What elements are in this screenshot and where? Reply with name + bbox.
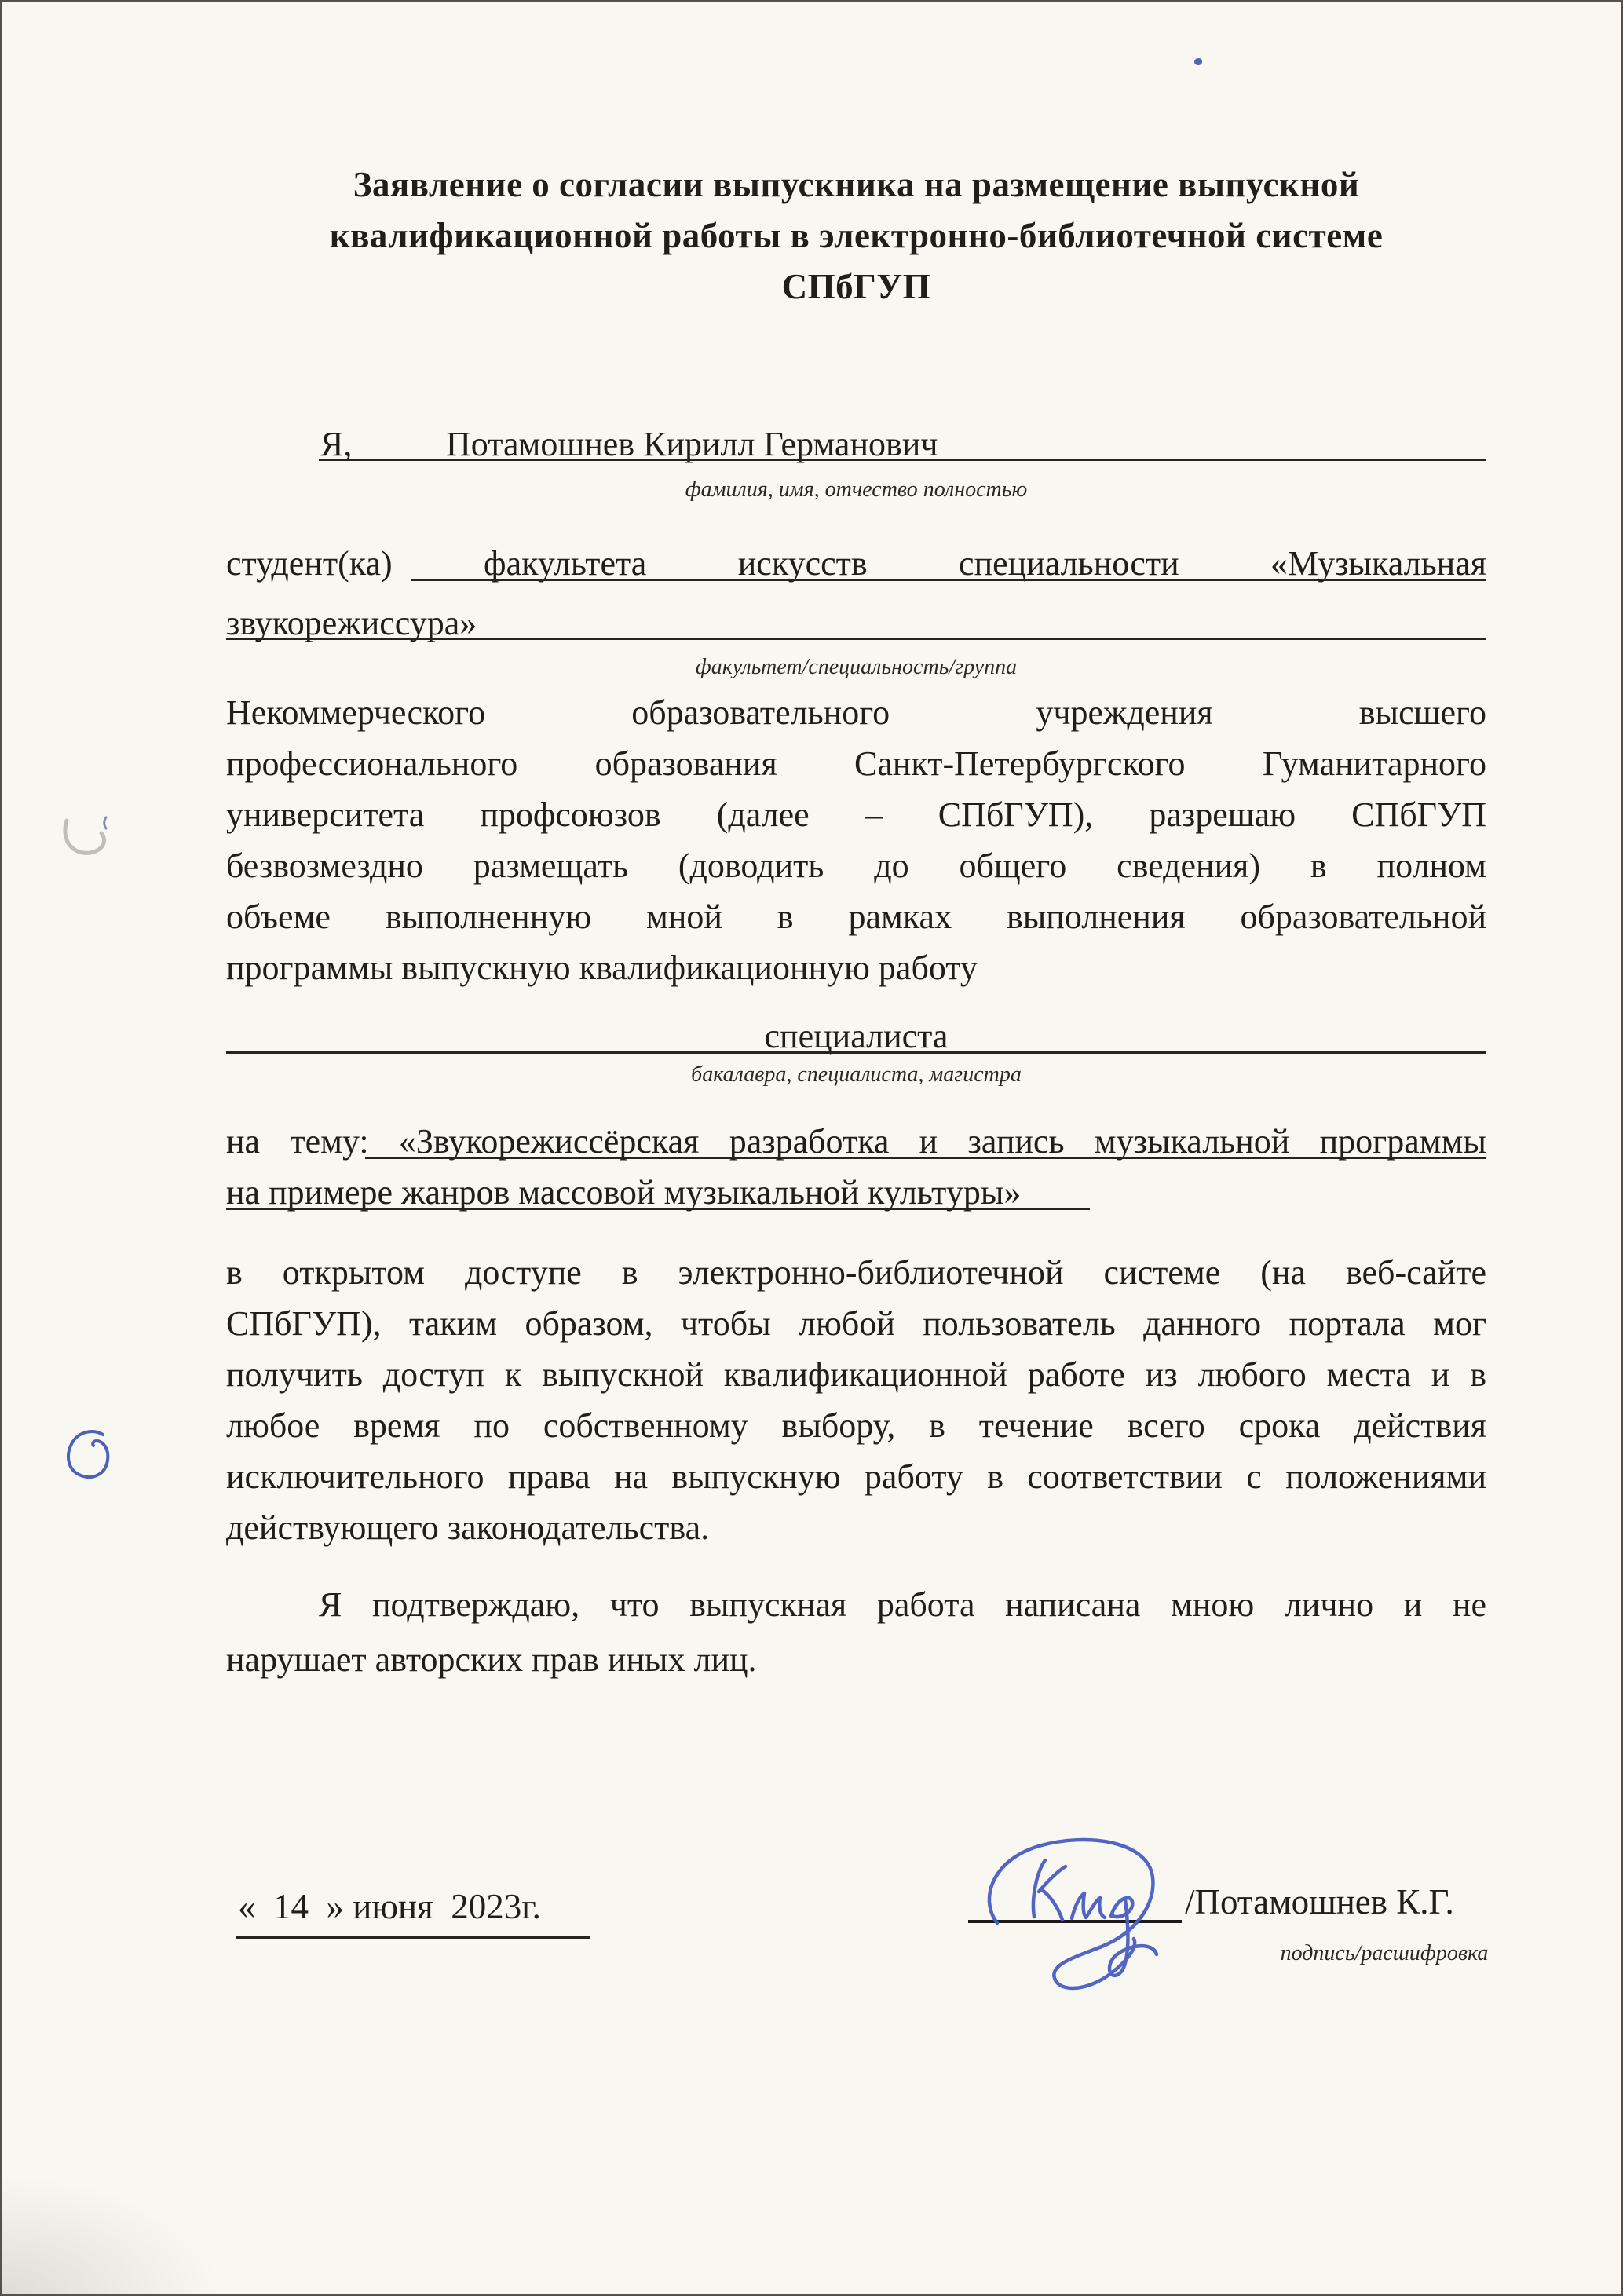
access-line: СПбГУП), таким образом, чтобы любой поль… (226, 1304, 1486, 1344)
access-line: в открытом доступе в электронно-библиоте… (226, 1253, 1486, 1293)
consent-line: профессионального образования Санкт-Пете… (226, 744, 1486, 784)
title-line-3: СПбГУП (226, 268, 1486, 307)
title-line-1: Заявление о согласии выпускника на разме… (226, 166, 1486, 205)
topic-line-2: на примере жанров массовой музыкальной к… (226, 1173, 1486, 1213)
degree-value: специалиста (226, 1017, 1486, 1057)
degree-caption: бакалавра, специалиста, магистра (226, 1063, 1486, 1088)
consent-line: Некоммерческого образовательного учрежде… (226, 693, 1486, 733)
date-underline (236, 1936, 590, 1939)
signature-transcript: /Потамошнев К.Г. (1185, 1882, 1454, 1923)
date-field: « 14 » июня 2023г. (238, 1887, 541, 1928)
consent-line: программы выпускную квалификационную раб… (226, 949, 1486, 989)
scanned-consent-form: Заявление о согласии выпускника на разме… (0, 0, 1623, 2296)
consent-line: объеме выполненную мной в рамках выполне… (226, 898, 1486, 938)
ink-speck-mark (1194, 58, 1202, 65)
confirmation-line: Я подтверждаю, что выпускная работа напи… (226, 1585, 1486, 1625)
pen-circle-mark (62, 1427, 119, 1485)
faculty-underline (411, 579, 1486, 581)
degree-underline (226, 1051, 1486, 1054)
access-line: действующего законодательства. (226, 1508, 1486, 1548)
consent-line: университета профсоюзов (далее – СПбГУП)… (226, 795, 1486, 835)
consent-line: безвозмездно размещать (доводить до обще… (226, 846, 1486, 887)
title-line-2: квалификационной работы в электронно-биб… (226, 217, 1486, 256)
student-faculty-line: студент(ка) факультета искусств специаль… (226, 544, 1486, 584)
topic-underline-1 (365, 1157, 1486, 1159)
specialty-underline (226, 638, 1486, 640)
topic-line-1: на тему: «Звукорежиссёрская разработка и… (226, 1122, 1486, 1162)
access-line: исключительного права на выпускную работ… (226, 1457, 1486, 1497)
pencil-smudge-mark (56, 810, 128, 869)
access-line: получить доступ к выпускной квалификацио… (226, 1355, 1486, 1395)
handwritten-signature (962, 1823, 1205, 2007)
topic-underline-2 (226, 1208, 1090, 1210)
faculty-caption: факультет/специальность/группа (226, 656, 1486, 680)
name-caption: фамилия, имя, отчество полностью (226, 478, 1486, 503)
access-line: любое время по собственному выбору, в те… (226, 1406, 1486, 1446)
scan-corner-shadow (2, 2176, 222, 2294)
confirmation-line: нарушает авторских прав иных лиц. (226, 1640, 1486, 1680)
name-underline (319, 459, 1486, 461)
signature-caption: подпись/расшифровка (1231, 1942, 1537, 1966)
